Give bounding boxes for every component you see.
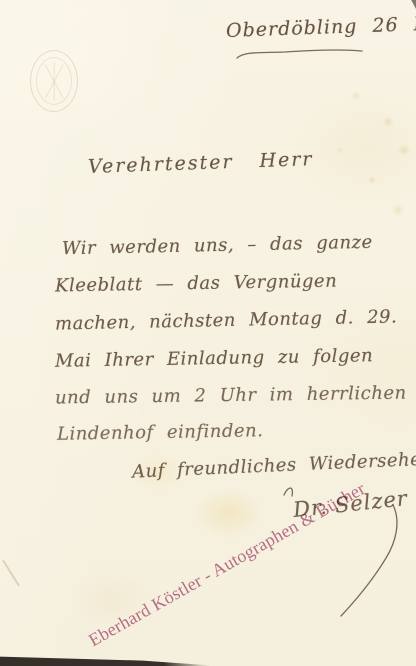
dateline-flourish bbox=[237, 50, 362, 58]
body-line: Wir werden uns, – das ganze bbox=[62, 232, 373, 260]
embossed-seal-ornament bbox=[53, 62, 54, 100]
scan-edge-shadow bbox=[0, 654, 210, 666]
body-line: Mai Ihrer Einladung zu folgen bbox=[55, 345, 374, 372]
paper-crease bbox=[2, 560, 20, 587]
body-line: machen, nächsten Montag d. 29. bbox=[55, 306, 398, 334]
corner-mark bbox=[408, 0, 416, 9]
signature-lead-stroke bbox=[284, 488, 292, 496]
closing: Auf freundliches Wiedersehen bbox=[132, 448, 416, 482]
letter-page: Oberdöbling 26 Mai Verehrtester Herr Wir… bbox=[0, 0, 416, 666]
body-line: Lindenhof einfinden. bbox=[57, 420, 264, 445]
salutation: Verehrtester Herr bbox=[88, 148, 314, 178]
dateline: Oberdöbling 26 Mai bbox=[226, 12, 416, 42]
signature-flourish bbox=[341, 505, 397, 616]
body-line: und uns um 2 Uhr im herrlichen bbox=[55, 383, 407, 409]
dealer-stamp: Eberhard Köstler - Autographen & Bücher bbox=[85, 478, 369, 652]
body-line: Kleeblatt — das Vergnügen bbox=[55, 271, 338, 297]
embossed-seal bbox=[30, 50, 78, 112]
